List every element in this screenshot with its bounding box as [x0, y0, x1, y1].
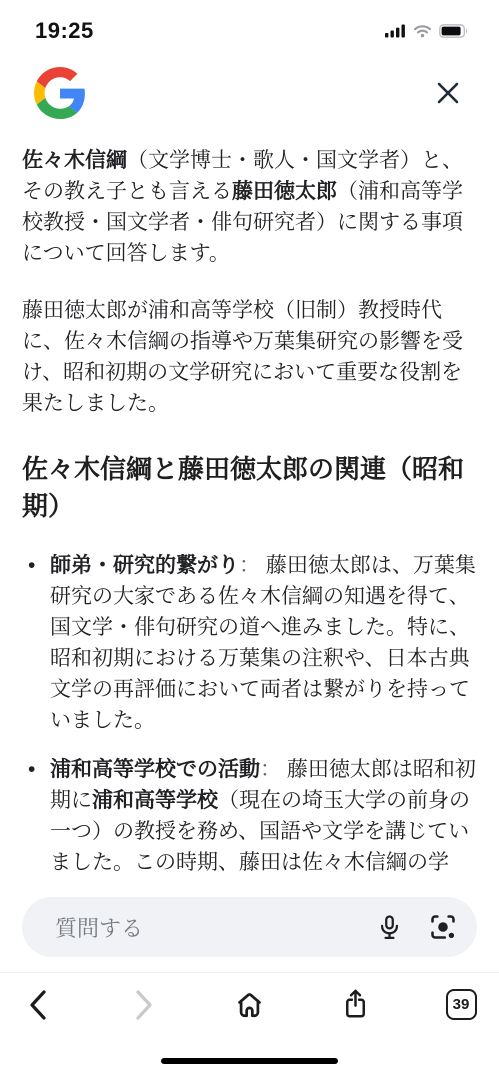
- text-segment: ：: [260, 758, 281, 781]
- bullet-item: 浦和高等学校での活動： 藤田徳太郎は昭和初期に浦和高等学校（現在の埼玉大学の前身…: [22, 754, 477, 878]
- text-segment: 藤田徳太郎が浦和高等学校（旧制）教授時代に、佐々木信綱の指導や万葉集研究の影響を…: [22, 299, 463, 415]
- intro-paragraphs: 佐々木信綱（文学博士・歌人・国文学者）と、その教え子とも言える藤田徳太郎（浦和高…: [22, 145, 477, 419]
- tabs-button[interactable]: 39: [445, 989, 477, 1021]
- paragraph: 藤田徳太郎が浦和高等学校（旧制）教授時代に、佐々木信綱の指導や万葉集研究の影響を…: [22, 295, 477, 419]
- home-button[interactable]: [234, 989, 266, 1021]
- close-button[interactable]: [433, 78, 463, 108]
- tabs-icon: 39: [446, 989, 477, 1020]
- screen: 19:25: [0, 0, 499, 1080]
- close-icon: [435, 80, 461, 106]
- text-segment: 師弟・研究的繋がり: [50, 554, 239, 577]
- status-time: 19:25: [35, 18, 94, 44]
- ask-input[interactable]: 質問する: [22, 897, 477, 957]
- forward-button[interactable]: [128, 989, 160, 1021]
- share-button[interactable]: [339, 989, 371, 1021]
- bullet-item: 師弟・研究的繋がり： 藤田徳太郎は、万葉集研究の大家である佐々木信綱の知遇を得て…: [22, 550, 477, 736]
- home-indicator[interactable]: [161, 1058, 338, 1064]
- bullet-list: 師弟・研究的繋がり： 藤田徳太郎は、万葉集研究の大家である佐々木信綱の知遇を得て…: [22, 550, 477, 878]
- cellular-signal-icon: [385, 24, 406, 38]
- bottom-nav: 39: [0, 972, 499, 1030]
- share-icon: [341, 988, 370, 1021]
- answer-content: 佐々木信綱（文学博士・歌人・国文学者）と、その教え子とも言える藤田徳太郎（浦和高…: [0, 131, 499, 891]
- ask-placeholder: 質問する: [55, 912, 376, 943]
- text-segment: ：: [239, 554, 260, 577]
- app-header: [0, 55, 499, 131]
- text-segment: 浦和高等学校: [92, 789, 218, 812]
- google-lens-button[interactable]: [429, 913, 457, 941]
- ask-icons: [376, 913, 457, 941]
- section-heading: 佐々木信綱と藤田徳太郎の関連（昭和期）: [22, 451, 477, 525]
- battery-icon: [439, 24, 469, 38]
- back-icon: [26, 988, 50, 1022]
- text-segment: 藤田徳太郎: [232, 180, 337, 203]
- tab-count: 39: [453, 996, 470, 1013]
- paragraph: 佐々木信綱（文学博士・歌人・国文学者）と、その教え子とも言える藤田徳太郎（浦和高…: [22, 145, 477, 269]
- text-segment: 藤田徳太郎は、万葉集研究の大家である佐々木信綱の知遇を得て、国文学・俳句研究の道…: [50, 554, 476, 732]
- microphone-button[interactable]: [376, 914, 403, 941]
- text-segment: 浦和高等学校での活動: [50, 758, 260, 781]
- back-button[interactable]: [22, 989, 54, 1021]
- status-bar: 19:25: [0, 0, 499, 55]
- forward-icon: [132, 988, 156, 1022]
- google-logo-icon: [34, 67, 86, 119]
- microphone-icon: [376, 914, 403, 941]
- status-icons: [385, 24, 469, 38]
- home-icon: [234, 989, 265, 1020]
- wifi-icon: [413, 24, 432, 38]
- google-lens-icon: [429, 913, 457, 941]
- text-segment: 佐々木信綱: [22, 149, 127, 172]
